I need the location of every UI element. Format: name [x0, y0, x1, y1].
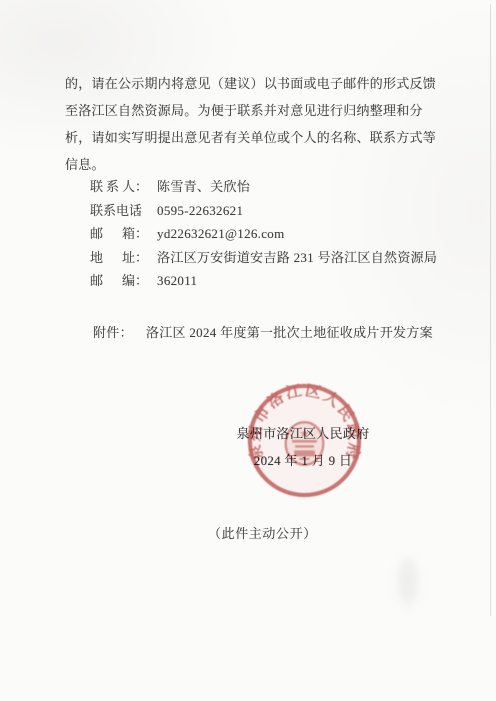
contact-label: 联系电话 [90, 199, 135, 223]
paragraph-line: 的，请在公示期内将意见（建议）以书面或电子邮件的形式反馈 [65, 70, 447, 97]
document-page: 的，请在公示期内将意见（建议）以书面或电子邮件的形式反馈 至洛江区自然资源局。为… [0, 0, 496, 701]
contact-colon: ： [135, 226, 148, 241]
contact-email-row: 邮箱：yd22632621@126.com [90, 222, 437, 246]
contact-colon: ： [135, 179, 148, 194]
contact-label: 地址 [90, 246, 135, 270]
contact-colon: ： [135, 250, 148, 265]
scan-artifact-line [490, 4, 491, 616]
attachment-title: 洛江区 2024 年度第一批次土地征收成片开发方案 [146, 325, 433, 340]
paragraph-line: 析，请如实写明提出意见者有关单位或个人的名称、联系方式等 [65, 124, 447, 151]
body-paragraph: 的，请在公示期内将意见（建议）以书面或电子邮件的形式反馈 至洛江区自然资源局。为… [65, 70, 447, 178]
paragraph-line: 至洛江区自然资源局。为便于联系并对意见进行归纳整理和分 [65, 97, 447, 124]
disclosure-note: （此件主动公开） [208, 523, 317, 542]
contact-colon: ： [135, 203, 148, 218]
paragraph-line: 信息。 [65, 151, 447, 178]
contact-value: yd22632621@126.com [157, 226, 285, 241]
contact-address-row: 地址：洛江区万安街道安吉路 231 号洛江区自然资源局 [90, 246, 437, 270]
contact-label: 联系人 [90, 175, 135, 199]
contact-value: 洛江区万安街道安吉路 231 号洛江区自然资源局 [157, 250, 437, 265]
contact-colon: ： [135, 273, 148, 288]
scan-smudge [398, 558, 418, 606]
contact-value: 0595-22632621 [157, 203, 243, 218]
contact-label: 邮编 [90, 269, 135, 293]
national-emblem-icon [286, 422, 324, 465]
contact-value: 陈雪青、关欣怡 [157, 179, 250, 194]
official-seal: 泉州市洛江区人民政府 [245, 381, 364, 500]
attachment-line: 附件：洛江区 2024 年度第一批次土地征收成片开发方案 [93, 322, 433, 343]
contact-label: 邮箱 [90, 222, 135, 246]
contact-block: 联系人：陈雪青、关欣怡 联系电话：0595-22632621 邮箱：yd2263… [90, 175, 437, 293]
contact-phone-row: 联系电话：0595-22632621 [90, 199, 437, 223]
contact-person-row: 联系人：陈雪青、关欣怡 [90, 175, 437, 199]
contact-value: 362011 [157, 273, 197, 288]
attachment-label: 附件： [93, 325, 133, 340]
contact-postcode-row: 邮编：362011 [90, 269, 437, 293]
